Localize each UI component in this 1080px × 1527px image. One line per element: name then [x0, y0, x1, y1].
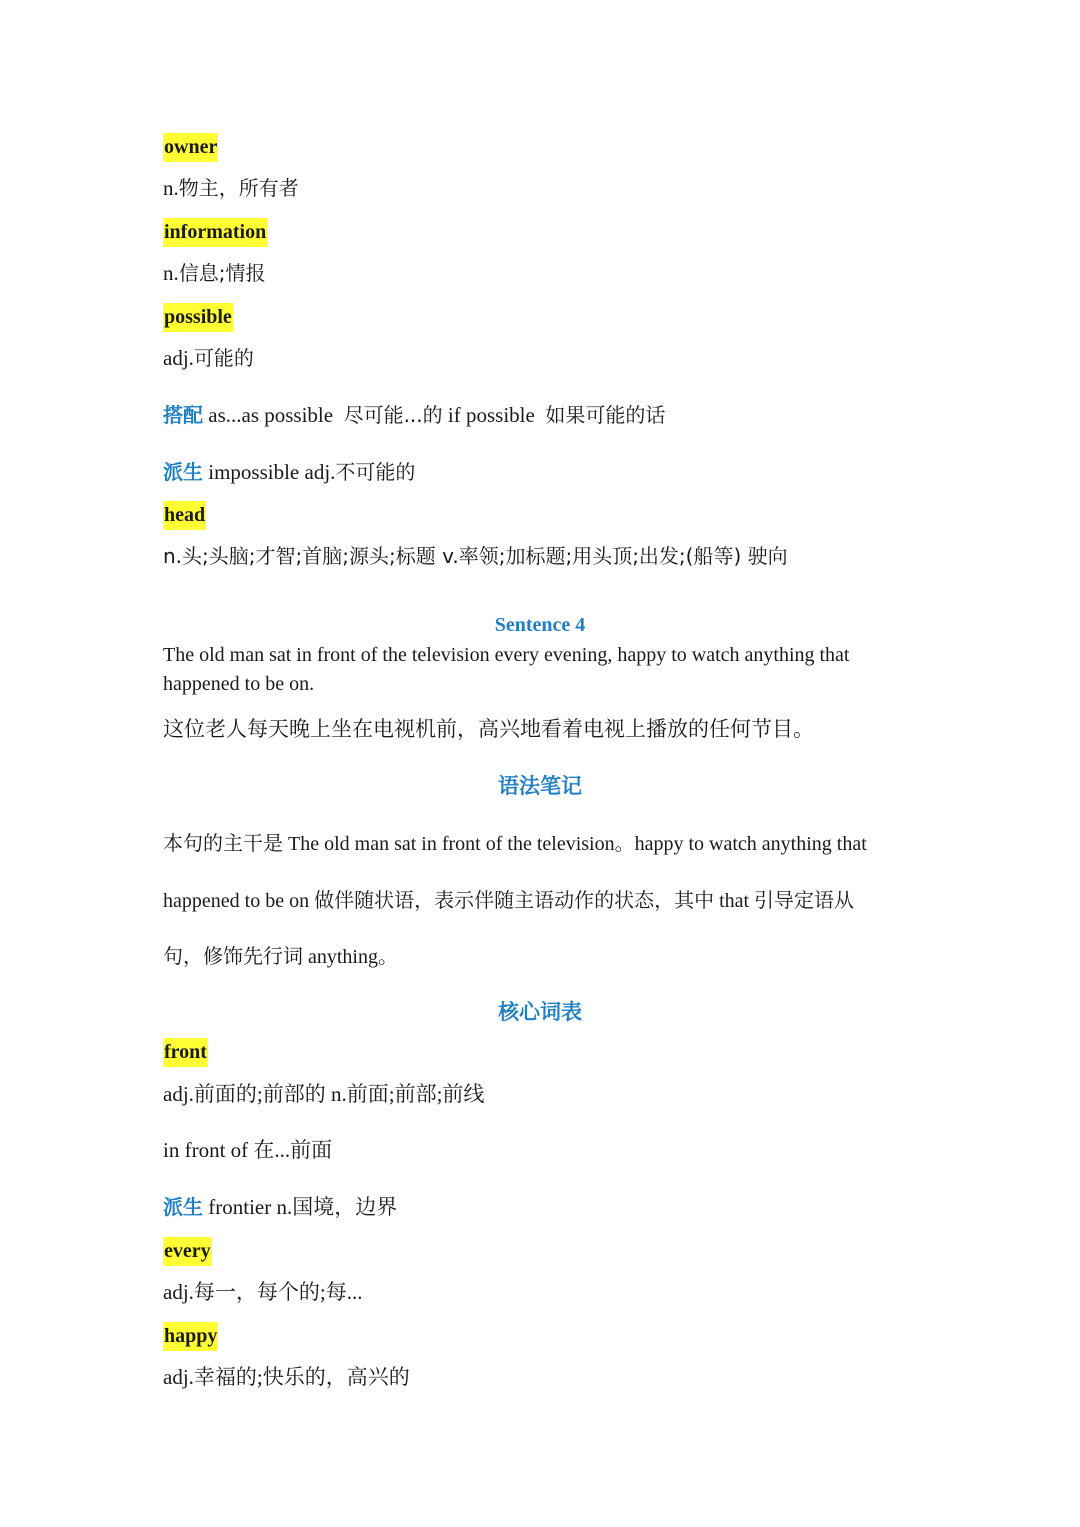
grammar-notes-line1: 本句的主干是 The old man sat in front of the t… [163, 827, 867, 856]
vocab-word-owner: owner [163, 133, 218, 162]
vocab-definition-owner: n.物主，所有者 [163, 175, 299, 201]
vocab-definition-possible: adj.可能的 [163, 345, 254, 371]
sentence-english-line2: happened to be on. [163, 670, 314, 699]
vocab-word-head: head [163, 501, 206, 530]
derivative-line: 派生 impossible adj.不可能的 [163, 459, 415, 485]
vocab-derivative-front: 派生 frontier n.国境，边界 [163, 1194, 397, 1220]
vocab-definition-happy: adj.幸福的;快乐的，高兴的 [163, 1364, 410, 1390]
vocab-definition-head: n.头;头脑;才智;首脑;源头;标题 v.率领;加标题;用头顶;出发;(船等) … [163, 543, 788, 569]
collocation-line: 搭配 as...as possible 尽可能...的 if possible … [163, 402, 665, 428]
sentence-chinese: 这位老人每天晚上坐在电视机前，高兴地看着电视上播放的任何节目。 [163, 713, 814, 743]
core-vocab-title: 核心词表 [0, 996, 1080, 1026]
vocab-definition-information: n.信息;情报 [163, 260, 266, 286]
grammar-notes-line2: happened to be on 做伴随状语，表示伴随主语动作的状态，其中 t… [163, 884, 854, 913]
grammar-notes-title: 语法笔记 [0, 770, 1080, 800]
vocab-word-every: every [163, 1237, 212, 1266]
sentence-title: Sentence 4 [0, 614, 1080, 637]
derivative-tag: 派生 [163, 1195, 203, 1219]
derivative-tag: 派生 [163, 460, 203, 484]
collocation-tag: 搭配 [163, 403, 203, 427]
vocab-phrase-front: in front of 在...前面 [163, 1137, 332, 1163]
vocab-word-information: information [163, 218, 267, 247]
vocab-definition-front: adj.前面的;前部的 n.前面;前部;前线 [163, 1081, 484, 1107]
sentence-english-line1: The old man sat in front of the televisi… [163, 641, 849, 670]
vocab-word-front: front [163, 1038, 208, 1067]
vocab-word-happy: happy [163, 1322, 218, 1351]
grammar-notes-line3: 句，修饰先行词 anything。 [163, 940, 398, 969]
vocab-word-possible: possible [163, 303, 233, 332]
vocab-definition-every: adj.每一，每个的;每... [163, 1279, 363, 1305]
